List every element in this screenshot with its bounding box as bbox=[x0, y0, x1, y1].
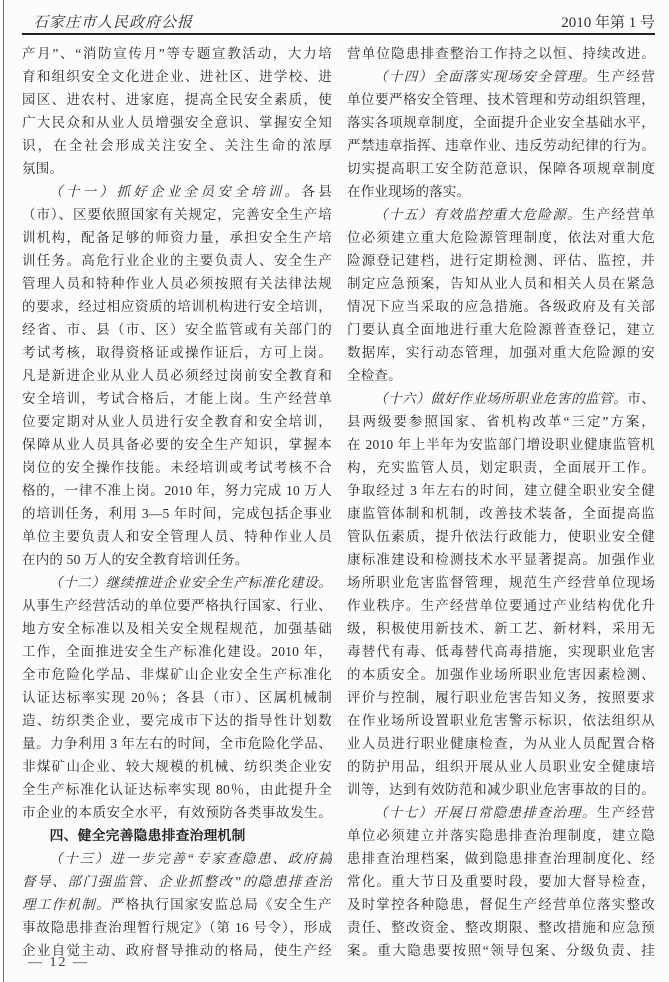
body-text: 评价与控制，履行职业危害告知义务，按照要求 bbox=[347, 690, 655, 705]
body-text: 场所职业危害监督管理，规范生产经营单位现场 bbox=[347, 575, 655, 590]
body-text: 考试考核，取得资格证或操作证后，方可上岗。 bbox=[22, 345, 332, 360]
kai-emphasis-text: （十六）做好作业场所职业危害的监管。 bbox=[374, 391, 627, 406]
body-text: 县两级要参照国家、省机构改革“三定”方案， bbox=[347, 414, 655, 429]
kai-emphasis-text: （十二）继续推进企业安全生产标准化建设。 bbox=[49, 575, 332, 590]
kai-emphasis-text: 督导、部门强监管、企业抓整改”的隐患排查治 bbox=[22, 874, 332, 889]
body-text: 园区、进农村、进家庭，提高全民安全素质，使 bbox=[22, 92, 332, 107]
body-text: （市）、区要依照国家有关规定，完善安全生产培 bbox=[22, 207, 332, 222]
body-text: 的防护用品，组织开展从业人员职业安全健康培 bbox=[347, 759, 655, 774]
body-text: 各县 bbox=[301, 184, 332, 199]
text-line: 构，充实监管人员，划定职责，全面展开工作。 bbox=[347, 456, 655, 479]
text-line: 产月”、“消防宣传月”等专题宣教活动，大力培 bbox=[22, 42, 332, 65]
body-text: 门要认真全面地进行重大危险源普查登记，建立 bbox=[347, 322, 655, 337]
body-text: 氛围。 bbox=[22, 161, 63, 176]
body-text: 育和组织安全文化进企业、进社区、进学校、进 bbox=[22, 69, 332, 84]
text-line: 常化。重大节日及重要时段，要加大督导检查， bbox=[347, 870, 655, 893]
body-text: 市企业的本质安全水平，有效预防各类事故发生。 bbox=[22, 805, 332, 820]
section-heading: 四、健全完善隐患排查治理机制 bbox=[22, 824, 332, 847]
text-line: 单位主要负责人和安全管理人员、特种作业人员 bbox=[22, 525, 332, 548]
text-line: 考试考核，取得资格证或操作证后，方可上岗。 bbox=[22, 341, 332, 364]
text-line: 管队伍素质，提升依法行政能力，使职业安全健 bbox=[347, 525, 655, 548]
text-line: （十二）继续推进企业安全生产标准化建设。 bbox=[22, 571, 332, 594]
body-text: 训任务。高危行业企业的主要负责人、安全生产 bbox=[22, 253, 332, 268]
body-text: 位必须建立重大危险源管理制度，依法对重大危 bbox=[347, 230, 655, 245]
text-line: 场所职业危害监督管理，规范生产经营单位现场 bbox=[347, 571, 655, 594]
body-text: 责任、整改资金、整改期限、整改措施和应急预 bbox=[347, 920, 655, 935]
gazette-page: 石家庄市人民政府公报 2010 年第 1 号 产月”、“消防宣传月”等专题宣教活… bbox=[0, 0, 669, 982]
text-line: 位必须建立重大危险源管理制度，依法对重大危 bbox=[347, 226, 655, 249]
text-line: 县两级要参照国家、省机构改革“三定”方案， bbox=[347, 410, 655, 433]
text-column-left: 产月”、“消防宣传月”等专题宣教活动，大力培育和组织安全文化进企业、进社区、进学… bbox=[22, 42, 332, 962]
body-text: 争取经过 3 年左右的时间，建立健全职业安全健 bbox=[347, 483, 655, 498]
body-text: 市、 bbox=[627, 391, 655, 406]
body-text: 数据库，实行动态管理，加强对重大危险源的安 bbox=[347, 345, 655, 360]
text-line: 康监管体制和机制，改善技术装备，全面提高监 bbox=[347, 502, 655, 525]
text-line: 数据库，实行动态管理，加强对重大危险源的安 bbox=[347, 341, 655, 364]
text-line: 管理人员和特种作业人员必须按照有关法律法规 bbox=[22, 272, 332, 295]
text-line: 造、纺织类企业，要完成市下达的指导性计划数 bbox=[22, 709, 332, 732]
text-line: 康标准建设和检测技术水平显著提高。加强作业 bbox=[347, 548, 655, 571]
body-text: 全生产标准化认证达标率实现 80％，由此提升全 bbox=[22, 782, 332, 797]
body-text: 的培训任务，利用 3—5 年时间，完成包括企事业 bbox=[22, 506, 332, 521]
text-line: 广大民众和从业人员增强安全意识、掌握安全知 bbox=[22, 111, 332, 134]
text-line: 情况下应当采取的应急措施。各级政府及有关部 bbox=[347, 295, 655, 318]
text-line: 从事生产经营活动的单位要严格执行国家、行业、 bbox=[22, 594, 332, 617]
text-line: 案。重大隐患要按照“领导包案、分级负责、挂 bbox=[347, 939, 655, 962]
text-line: 的培训任务，利用 3—5 年时间，完成包括企事业 bbox=[22, 502, 332, 525]
body-text: 单位要严格安全管理、技术管理和劳动组织管理， bbox=[347, 92, 655, 107]
text-line: 在作业场所设置职业危害警示标识，依法组织从 bbox=[347, 709, 655, 732]
body-text: 经省、市、县（市、区）安全监管或有关部门的 bbox=[22, 322, 332, 337]
kai-emphasis-text: 理工作机制。 bbox=[22, 897, 111, 912]
text-line: 的本质安全。加强作业场所职业危害因素检测、 bbox=[347, 663, 655, 686]
text-line: 营单位隐患排查整治工作持之以恒、持续改进。 bbox=[347, 42, 655, 65]
body-text: 生产经营 bbox=[597, 69, 655, 84]
text-line: 园区、进农村、进家庭，提高全民安全素质，使 bbox=[22, 88, 332, 111]
body-text: 及时掌控各种隐患，督促生产经营单位落实整改 bbox=[347, 897, 655, 912]
kai-emphasis-text: （十七）开展日常隐患排查治理。 bbox=[374, 805, 597, 820]
text-line: 凡是新进企业从业人员必须经过岗前安全教育和 bbox=[22, 364, 332, 387]
text-line: （十七）开展日常隐患排查治理。生产经营 bbox=[347, 801, 655, 824]
body-text: 地方安全标准以及相关安全规程规范，加强基础 bbox=[22, 621, 332, 636]
body-text: 康监管体制和机制，改善技术装备，全面提高监 bbox=[347, 506, 655, 521]
text-line: 的防护用品，组织开展从业人员职业安全健康培 bbox=[347, 755, 655, 778]
text-line: 严禁违章指挥、违章作业、违反劳动纪律的行为。 bbox=[347, 134, 655, 157]
text-line: 位要定期对从业人员进行安全教育和安全培训， bbox=[22, 410, 332, 433]
text-line: （十六）做好作业场所职业危害的监管。市、 bbox=[347, 387, 655, 410]
kai-emphasis-text: （十四）全面落实现场安全管理。 bbox=[374, 69, 597, 84]
body-text: 在内的 50 万人的安全教育培训任务。 bbox=[22, 552, 249, 567]
body-text: 在 2010 年上半年为安监部门增设职业健康监管机 bbox=[347, 437, 655, 452]
text-line: 门要认真全面地进行重大危险源普查登记，建立 bbox=[347, 318, 655, 341]
body-text: 全检查。 bbox=[347, 368, 402, 383]
text-line: （十三）进一步完善“专家查隐患、政府搞 bbox=[22, 847, 332, 870]
body-text: 管队伍素质，提升依法行政能力，使职业安全健 bbox=[347, 529, 655, 544]
text-line: 识，在全社会形成关注安全、关注生命的浓厚 bbox=[22, 134, 332, 157]
header-rule bbox=[22, 33, 655, 35]
text-line: 的要求，经过相应资质的培训机构进行安全培训， bbox=[22, 295, 332, 318]
body-text: 保障从业人员具备必要的安全生产知识，掌握本 bbox=[22, 437, 332, 452]
body-text: 认证达标率实现 20％；各县（市）、区属机械制 bbox=[22, 690, 332, 705]
body-text: 在作业现场的落实。 bbox=[347, 184, 470, 199]
text-line: 责任、整改资金、整改期限、整改措施和应急预 bbox=[347, 916, 655, 939]
body-text: 严格执行国家安监总局《安全生产 bbox=[111, 897, 332, 912]
kai-emphasis-text: （十一）抓好企业全员安全培训。 bbox=[49, 184, 301, 199]
body-text: 常化。重大节日及重要时段，要加大督导检查， bbox=[347, 874, 655, 889]
gazette-title: 石家庄市人民政府公报 bbox=[22, 11, 193, 32]
text-line: 事故隐患排查治理暂行规定》（第 16 号令），形成 bbox=[22, 916, 332, 939]
body-text: 量。力争利用 3 年左右的时间，全市危险化学品、 bbox=[22, 736, 332, 751]
text-line: 理工作机制。严格执行国家安监总局《安全生产 bbox=[22, 893, 332, 916]
text-line: 全生产标准化认证达标率实现 80％，由此提升全 bbox=[22, 778, 332, 801]
text-line: 单位要严格安全管理、技术管理和劳动组织管理， bbox=[347, 88, 655, 111]
body-text: 凡是新进企业从业人员必须经过岗前安全教育和 bbox=[22, 368, 332, 383]
text-line: 地方安全标准以及相关安全规程规范，加强基础 bbox=[22, 617, 332, 640]
text-line: 在内的 50 万人的安全教育培训任务。 bbox=[22, 548, 332, 571]
text-line: （市）、区要依照国家有关规定，完善安全生产培 bbox=[22, 203, 332, 226]
body-text: 单位必须建立并落实隐患排查治理制度，建立隐 bbox=[347, 828, 655, 843]
text-line: 育和组织安全文化进企业、进社区、进学校、进 bbox=[22, 65, 332, 88]
text-line: 认证达标率实现 20％；各县（市）、区属机械制 bbox=[22, 686, 332, 709]
text-line: 级，积极使用新技术、新工艺、新材料，采用无 bbox=[347, 617, 655, 640]
body-text: 训等，达到有效防范和减少职业危害事故的目的。 bbox=[347, 782, 655, 797]
body-text: 生产经营单 bbox=[582, 207, 655, 222]
text-line: 训任务。高危行业企业的主要负责人、安全生产 bbox=[22, 249, 332, 272]
text-line: 落实各项规章制度，全面提升企业安全基础水平， bbox=[347, 111, 655, 134]
body-text: 切实提高职工安全防范意识，保障各项规章制度 bbox=[347, 161, 655, 176]
body-text: 案。重大隐患要按照“领导包案、分级负责、挂 bbox=[347, 943, 655, 958]
body-text: 工作，全面推进安全生产标准化建设。2010 年， bbox=[22, 644, 332, 659]
text-line: 工作，全面推进安全生产标准化建设。2010 年， bbox=[22, 640, 332, 663]
body-text: 严禁违章指挥、违章作业、违反劳动纪律的行为。 bbox=[347, 138, 655, 153]
body-text: 训机构，配备足够的师资力量，承担安全生产培 bbox=[22, 230, 332, 245]
body-text: 制定应急预案，告知从业人员和相关人员在紧急 bbox=[347, 276, 655, 291]
text-column-right: 营单位隐患排查整治工作持之以恒、持续改进。（十四）全面落实现场安全管理。生产经营… bbox=[347, 42, 655, 962]
body-text: 管理人员和特种作业人员必须按照有关法律法规 bbox=[22, 276, 332, 291]
body-text: 情况下应当采取的应急措施。各级政府及有关部 bbox=[347, 299, 655, 314]
text-line: 市企业的本质安全水平，有效预防各类事故发生。 bbox=[22, 801, 332, 824]
text-line: 非煤矿山企业、较大规模的机械、纺织类企业安 bbox=[22, 755, 332, 778]
body-text: 生产经营 bbox=[597, 805, 655, 820]
text-line: 训等，达到有效防范和减少职业危害事故的目的。 bbox=[347, 778, 655, 801]
body-text: 落实各项规章制度，全面提升企业安全基础水平， bbox=[347, 115, 655, 130]
text-line: 安全培训，考试合格后，才能上岗。生产经营单 bbox=[22, 387, 332, 410]
text-line: 作业秩序。生产经营单位要通过产业结构优化升 bbox=[347, 594, 655, 617]
page-number: — 12 — bbox=[28, 955, 89, 971]
text-line: 切实提高职工安全防范意识，保障各项规章制度 bbox=[347, 157, 655, 180]
body-text: 识，在全社会形成关注安全、关注生命的浓厚 bbox=[22, 138, 332, 153]
text-line: （十一）抓好企业全员安全培训。各县 bbox=[22, 180, 332, 203]
page-header: 石家庄市人民政府公报 2010 年第 1 号 bbox=[22, 10, 655, 32]
body-text: 营单位隐患排查整治工作持之以恒、持续改进。 bbox=[347, 46, 655, 61]
text-line: 险源登记建档，进行定期检测、评估、监控，并 bbox=[347, 249, 655, 272]
body-text: 格的，一律不准上岗。2010 年，努力完成 10 万人 bbox=[22, 483, 332, 498]
scan-edge-line bbox=[3, 0, 4, 982]
text-line: 督导、部门强监管、企业抓整改”的隐患排查治 bbox=[22, 870, 332, 893]
text-line: 格的，一律不准上岗。2010 年，努力完成 10 万人 bbox=[22, 479, 332, 502]
body-text: 的本质安全。加强作业场所职业危害因素检测、 bbox=[347, 667, 655, 682]
body-text: 从事生产经营活动的单位要严格执行国家、行业、 bbox=[22, 598, 332, 613]
body-text: 岗位的安全操作技能。未经培训或考试考核不合 bbox=[22, 460, 332, 475]
body-text: 级，积极使用新技术、新工艺、新材料，采用无 bbox=[347, 621, 655, 636]
body-text: 的要求，经过相应资质的培训机构进行安全培训， bbox=[22, 299, 332, 314]
text-line: （十五）有效监控重大危险源。生产经营单 bbox=[347, 203, 655, 226]
kai-emphasis-text: （十五）有效监控重大危险源。 bbox=[374, 207, 582, 222]
text-line: 量。力争利用 3 年左右的时间，全市危险化学品、 bbox=[22, 732, 332, 755]
text-line: 全检查。 bbox=[347, 364, 655, 387]
body-text: 毒替代有毒、低毒替代高毒措施，实现职业危害 bbox=[347, 644, 655, 659]
body-text: 非煤矿山企业、较大规模的机械、纺织类企业安 bbox=[22, 759, 332, 774]
text-line: 患排查治理档案，做到隐患排查治理制度化、经 bbox=[347, 847, 655, 870]
text-line: 毒替代有毒、低毒替代高毒措施，实现职业危害 bbox=[347, 640, 655, 663]
body-text: 四、健全完善隐患排查治理机制 bbox=[50, 828, 246, 843]
body-text: 事故隐患排查治理暂行规定》（第 16 号令），形成 bbox=[22, 920, 332, 935]
body-text: 全市危险化学品、非煤矿山企业安全生产标准化 bbox=[22, 667, 332, 682]
body-text: 产月”、“消防宣传月”等专题宣教活动，大力培 bbox=[22, 46, 332, 61]
text-line: 单位必须建立并落实隐患排查治理制度，建立隐 bbox=[347, 824, 655, 847]
kai-emphasis-text: （十三）进一步完善“专家查隐患、政府搞 bbox=[49, 851, 332, 866]
text-line: 经省、市、县（市、区）安全监管或有关部门的 bbox=[22, 318, 332, 341]
text-line: （十四）全面落实现场安全管理。生产经营 bbox=[347, 65, 655, 88]
body-text: 构，充实监管人员，划定职责，全面展开工作。 bbox=[347, 460, 655, 475]
body-text: 广大民众和从业人员增强安全意识、掌握安全知 bbox=[22, 115, 332, 130]
text-line: 岗位的安全操作技能。未经培训或考试考核不合 bbox=[22, 456, 332, 479]
text-line: 争取经过 3 年左右的时间，建立健全职业安全健 bbox=[347, 479, 655, 502]
text-line: 在 2010 年上半年为安监部门增设职业健康监管机 bbox=[347, 433, 655, 456]
body-text: 安全培训，考试合格后，才能上岗。生产经营单 bbox=[22, 391, 332, 406]
text-line: 氛围。 bbox=[22, 157, 332, 180]
body-text: 险源登记建档，进行定期检测、评估、监控，并 bbox=[347, 253, 655, 268]
text-line: 保障从业人员具备必要的安全生产知识，掌握本 bbox=[22, 433, 332, 456]
body-text: 在作业场所设置职业危害警示标识，依法组织从 bbox=[347, 713, 655, 728]
text-line: 全市危险化学品、非煤矿山企业安全生产标准化 bbox=[22, 663, 332, 686]
text-line: 及时掌控各种隐患，督促生产经营单位落实整改 bbox=[347, 893, 655, 916]
issue-number: 2010 年第 1 号 bbox=[561, 11, 655, 32]
text-line: 业人员进行职业健康检查，为从业人员配置合格 bbox=[347, 732, 655, 755]
body-text: 业人员进行职业健康检查，为从业人员配置合格 bbox=[347, 736, 655, 751]
body-text: 作业秩序。生产经营单位要通过产业结构优化升 bbox=[347, 598, 655, 613]
body-text: 单位主要负责人和安全管理人员、特种作业人员 bbox=[22, 529, 332, 544]
body-text: 位要定期对从业人员进行安全教育和安全培训， bbox=[22, 414, 332, 429]
body-text: 造、纺织类企业，要完成市下达的指导性计划数 bbox=[22, 713, 332, 728]
body-text: 患排查治理档案，做到隐患排查治理制度化、经 bbox=[347, 851, 655, 866]
text-line: 评价与控制，履行职业危害告知义务，按照要求 bbox=[347, 686, 655, 709]
body-text: 康标准建设和检测技术水平显著提高。加强作业 bbox=[347, 552, 655, 567]
text-line: 制定应急预案，告知从业人员和相关人员在紧急 bbox=[347, 272, 655, 295]
text-line: 在作业现场的落实。 bbox=[347, 180, 655, 203]
text-line: 训机构，配备足够的师资力量，承担安全生产培 bbox=[22, 226, 332, 249]
